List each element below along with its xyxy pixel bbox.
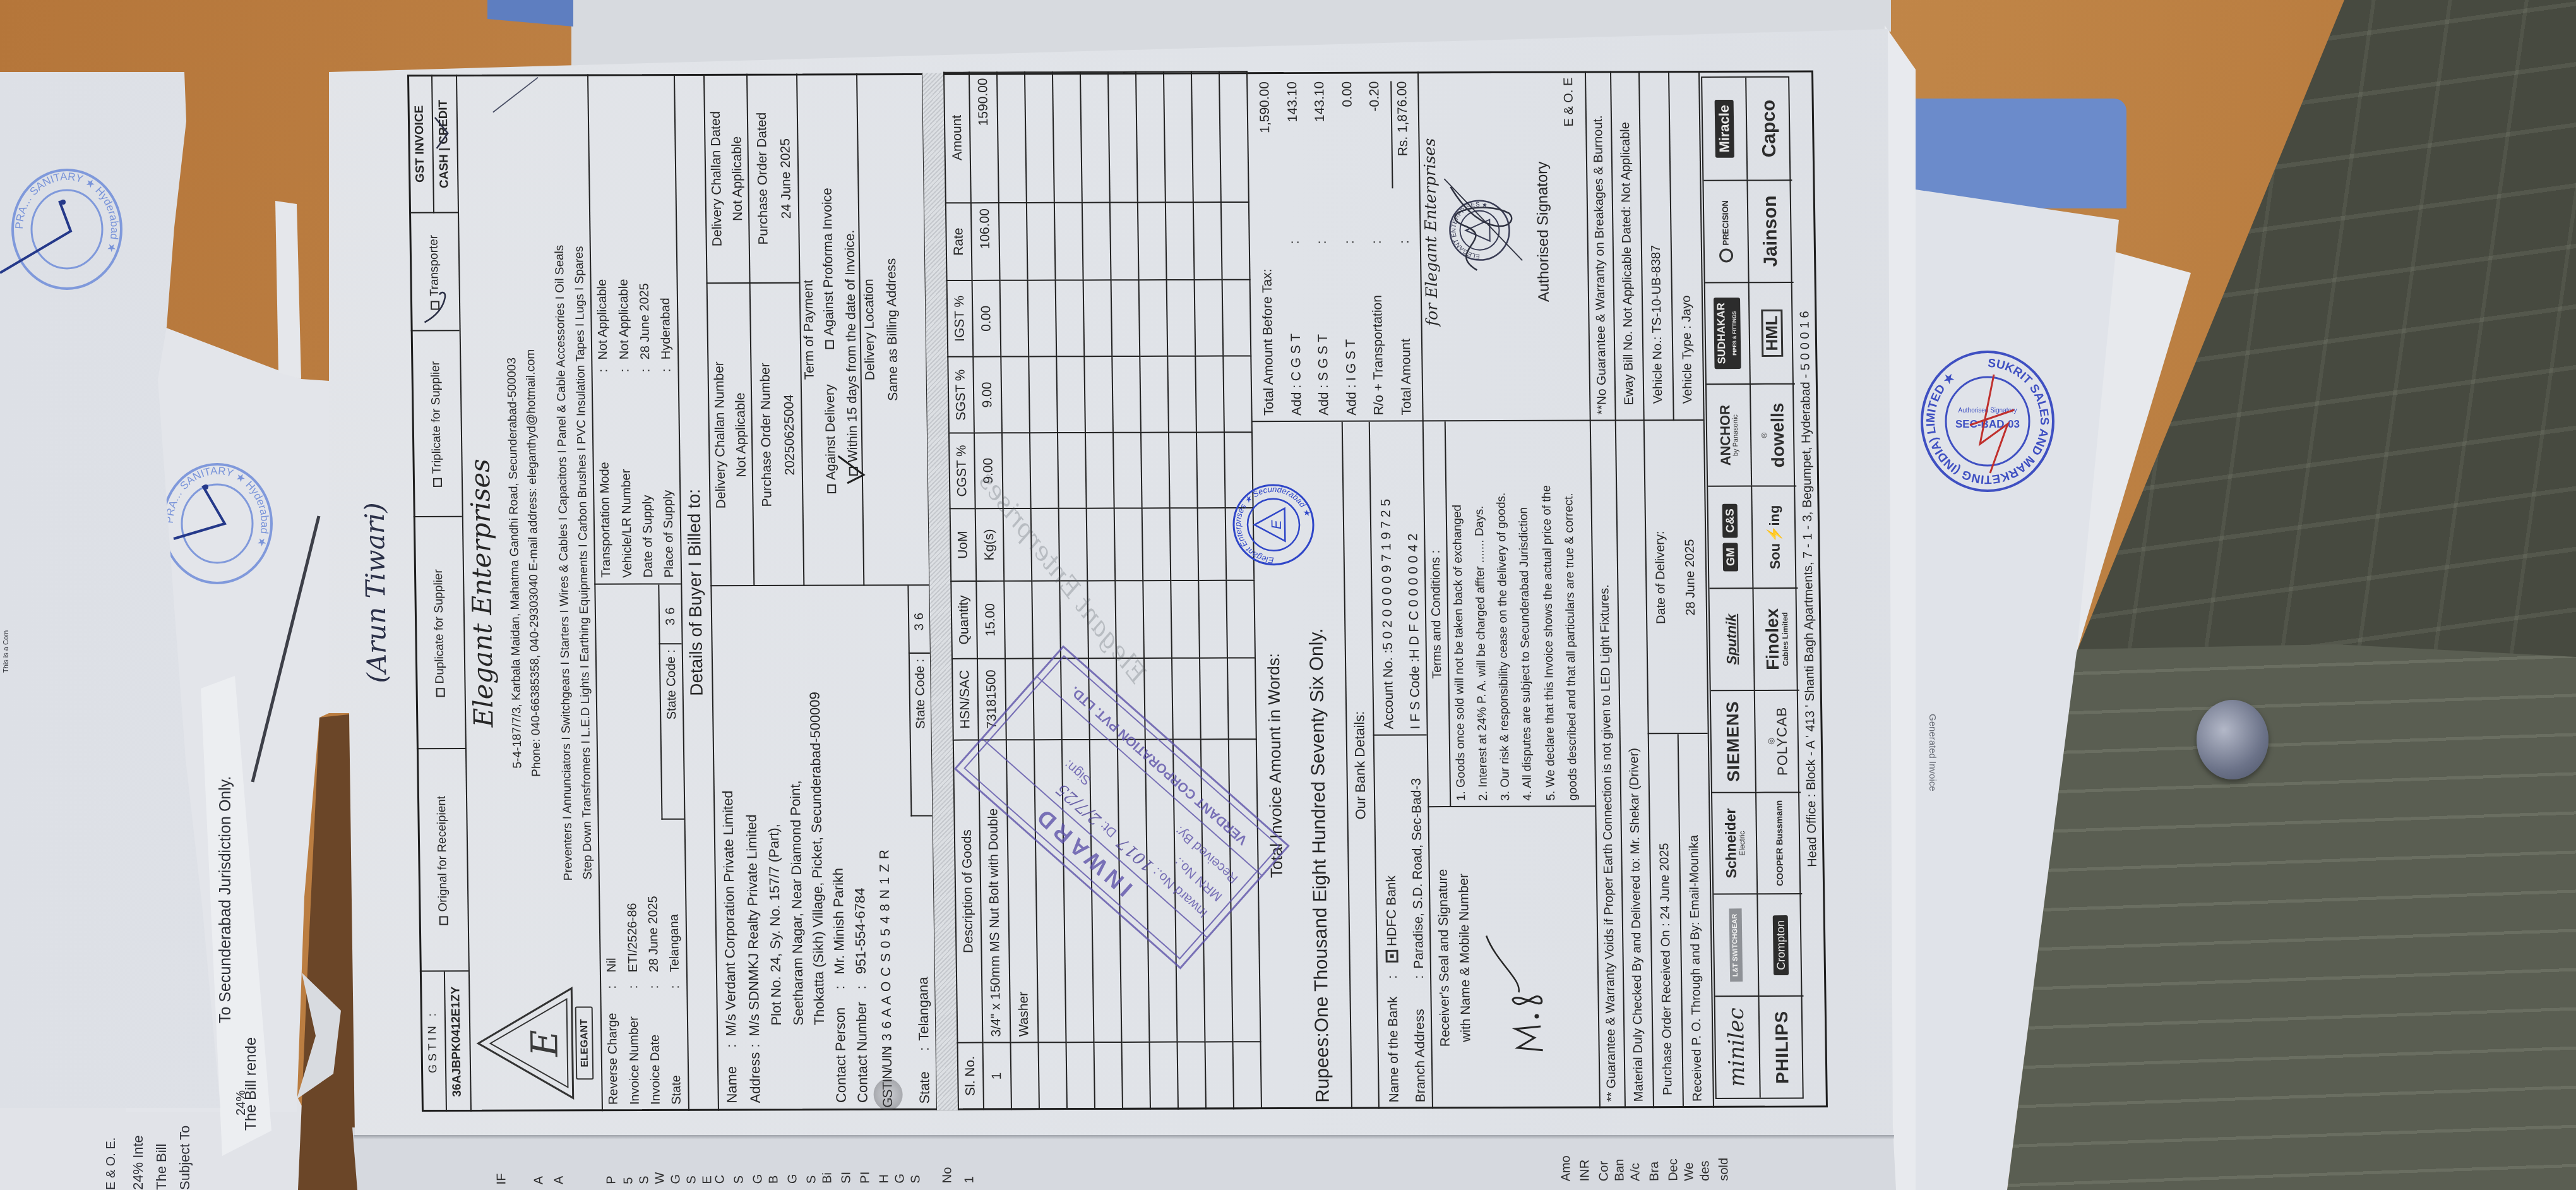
underlying-copy-fragment: Bi — [820, 1172, 835, 1184]
paper-text-generated-invoice: Generated Invoice — [1927, 714, 1938, 802]
underlying-copy-fragment: sold — [1717, 1158, 1732, 1181]
underlying-copy-fragment: IF — [494, 1174, 509, 1185]
underlying-copy-fragment: 5 — [621, 1177, 636, 1184]
underlying-copy-fragment: No — [940, 1167, 955, 1184]
pen-marks-icon — [344, 71, 1830, 1112]
underlying-copy-fragment: S — [804, 1175, 819, 1184]
underlying-copy-fragment: H — [877, 1174, 891, 1183]
underlying-copy-fragment: G — [893, 1174, 907, 1184]
blue-folder — [1913, 99, 2126, 208]
paper-text-interest: 24% Inte — [130, 1112, 146, 1190]
svg-text:PRA… SANITARY ★ Hyderabad ★: PRA… SANITARY ★ Hyderabad ★ — [13, 171, 121, 255]
underlying-copy-fragment: G — [669, 1174, 683, 1184]
underlying-copy-fragment: INR — [1578, 1160, 1592, 1181]
underlying-copy-fragment: G — [785, 1174, 800, 1184]
underlying-copy-fragments: IFAAP5SWGSECSGBGSBiSIPIHGSNo1AmoINRCorBa… — [422, 1131, 1829, 1186]
underlying-copy-fragment: S — [684, 1175, 699, 1184]
paper-text-jurisdiction: To Secunderabad Jurisdiction Only. — [217, 726, 235, 1023]
paper-text-interest-short: 24% — [234, 1074, 249, 1115]
underlying-copy-fragment: Cor — [1597, 1161, 1611, 1181]
underlying-copy-fragment: S — [909, 1175, 923, 1183]
underlying-copy-fragment: Amo — [1559, 1155, 1574, 1181]
underlying-copy-fragment: B — [766, 1175, 781, 1184]
underlying-copy-fragment: C — [713, 1175, 727, 1184]
underlying-copy-fragment: des — [1698, 1160, 1712, 1181]
underlying-copy-fragment: 1 — [962, 1176, 977, 1183]
underlying-copy-fragment: A/c — [1628, 1163, 1643, 1181]
underlying-copy-fragment: Ban — [1613, 1159, 1627, 1182]
underlying-copy-fragment: S — [637, 1175, 652, 1184]
underlying-copy-fragment: G — [751, 1174, 765, 1184]
paper-text-eoe: E & O. E. — [104, 1137, 119, 1190]
underlying-copy-fragment: PI — [858, 1172, 873, 1184]
stamp-sanitary-1-icon: PRA… SANITARY ★ Hyderabad ★ — [10, 167, 124, 291]
underlying-copy-fragment: Bra — [1647, 1162, 1662, 1181]
stamp-sukrit-icon: SUKRIT SALES AND MARKETING (INDIA) LIMIT… — [1919, 349, 2056, 493]
underlying-copy-fragment: A — [552, 1176, 566, 1184]
underlying-copy-fragment: SI — [839, 1172, 854, 1184]
paper-text-small-note: This is a Com — [3, 622, 10, 673]
underlying-copy-fragment: Dec — [1666, 1158, 1681, 1181]
gst-invoice: IFAAP5SWGSECSGBGSBiSIPIHGSNo1AmoINRCorBa… — [407, 71, 1828, 1112]
paper-text-the-bill: The Bill — [153, 1112, 170, 1190]
underlying-copy-fragment: A — [532, 1176, 546, 1184]
shirt-button — [2197, 700, 2269, 779]
underlying-copy-fragment: S — [732, 1175, 746, 1184]
underlying-copy-fragment: We — [1682, 1162, 1696, 1181]
underlying-copy-fragment: P — [604, 1176, 619, 1184]
underlying-copy-fragment: W — [653, 1172, 667, 1184]
